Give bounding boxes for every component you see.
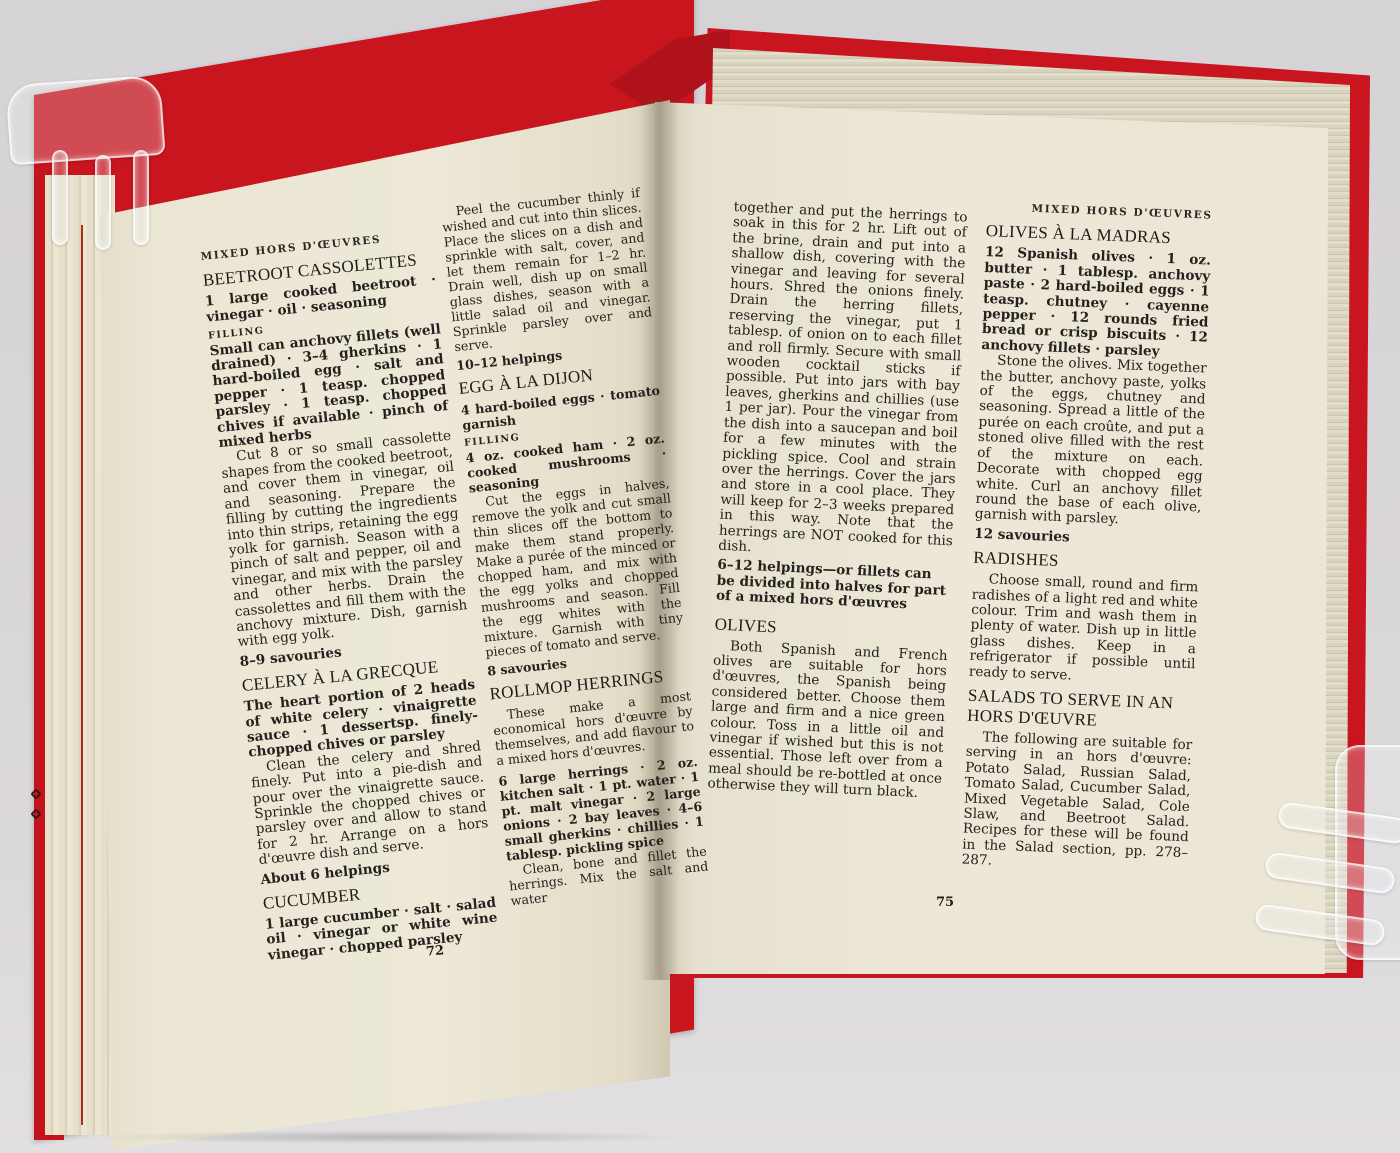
recipe-method: Clean the celery and shred finely. Put i… <box>249 739 490 869</box>
recipe-yield: 6–12 helpings—or fillets can be divided … <box>716 558 952 615</box>
right-page-column-2: MIXED HORS D'ŒUVRES OLIVES À LA MADRAS 1… <box>961 200 1213 877</box>
recipe-method: together and put the herrings to soak in… <box>718 200 968 565</box>
recipe-method: The following are suitable for serving i… <box>961 730 1192 877</box>
photo-scene: MIXED HORS D'ŒUVRES BEETROOT CASSOLETTES… <box>0 0 1400 1153</box>
page-number: 72 <box>425 943 444 960</box>
right-page-column-1: together and put the herrings to soak in… <box>707 200 968 803</box>
recipe-yield: 12 savouries <box>974 526 1200 550</box>
page-clip-prong <box>133 150 149 245</box>
book-shadow <box>90 1130 690 1144</box>
recipe-method: Both Spanish and French olives are suita… <box>707 638 948 803</box>
recipe-method: Peel the cucumber thinly if wished and c… <box>440 185 654 354</box>
recipe-method: Choose small, round and firm radishes of… <box>969 572 1199 688</box>
cover-decoration <box>32 790 40 850</box>
page-clip-prong <box>52 150 68 245</box>
page-number: 75 <box>936 895 954 910</box>
recipe-method: Cut 8 or so small cassolette shapes from… <box>219 429 469 651</box>
recipe-title: SALADS TO SERVE IN AN HORS D'ŒUVRE <box>967 686 1194 735</box>
page-clip-prong <box>95 155 111 250</box>
recipe-method: Cut the eggs in halves, remove the yolk … <box>470 475 686 659</box>
recipe-method: Stone the olives. Mix together the butte… <box>975 353 1207 531</box>
recipe-ingredients: 12 Spanish olives · 1 oz. butter · 1 tab… <box>981 245 1211 361</box>
bookmark-ribbon <box>81 225 83 1125</box>
